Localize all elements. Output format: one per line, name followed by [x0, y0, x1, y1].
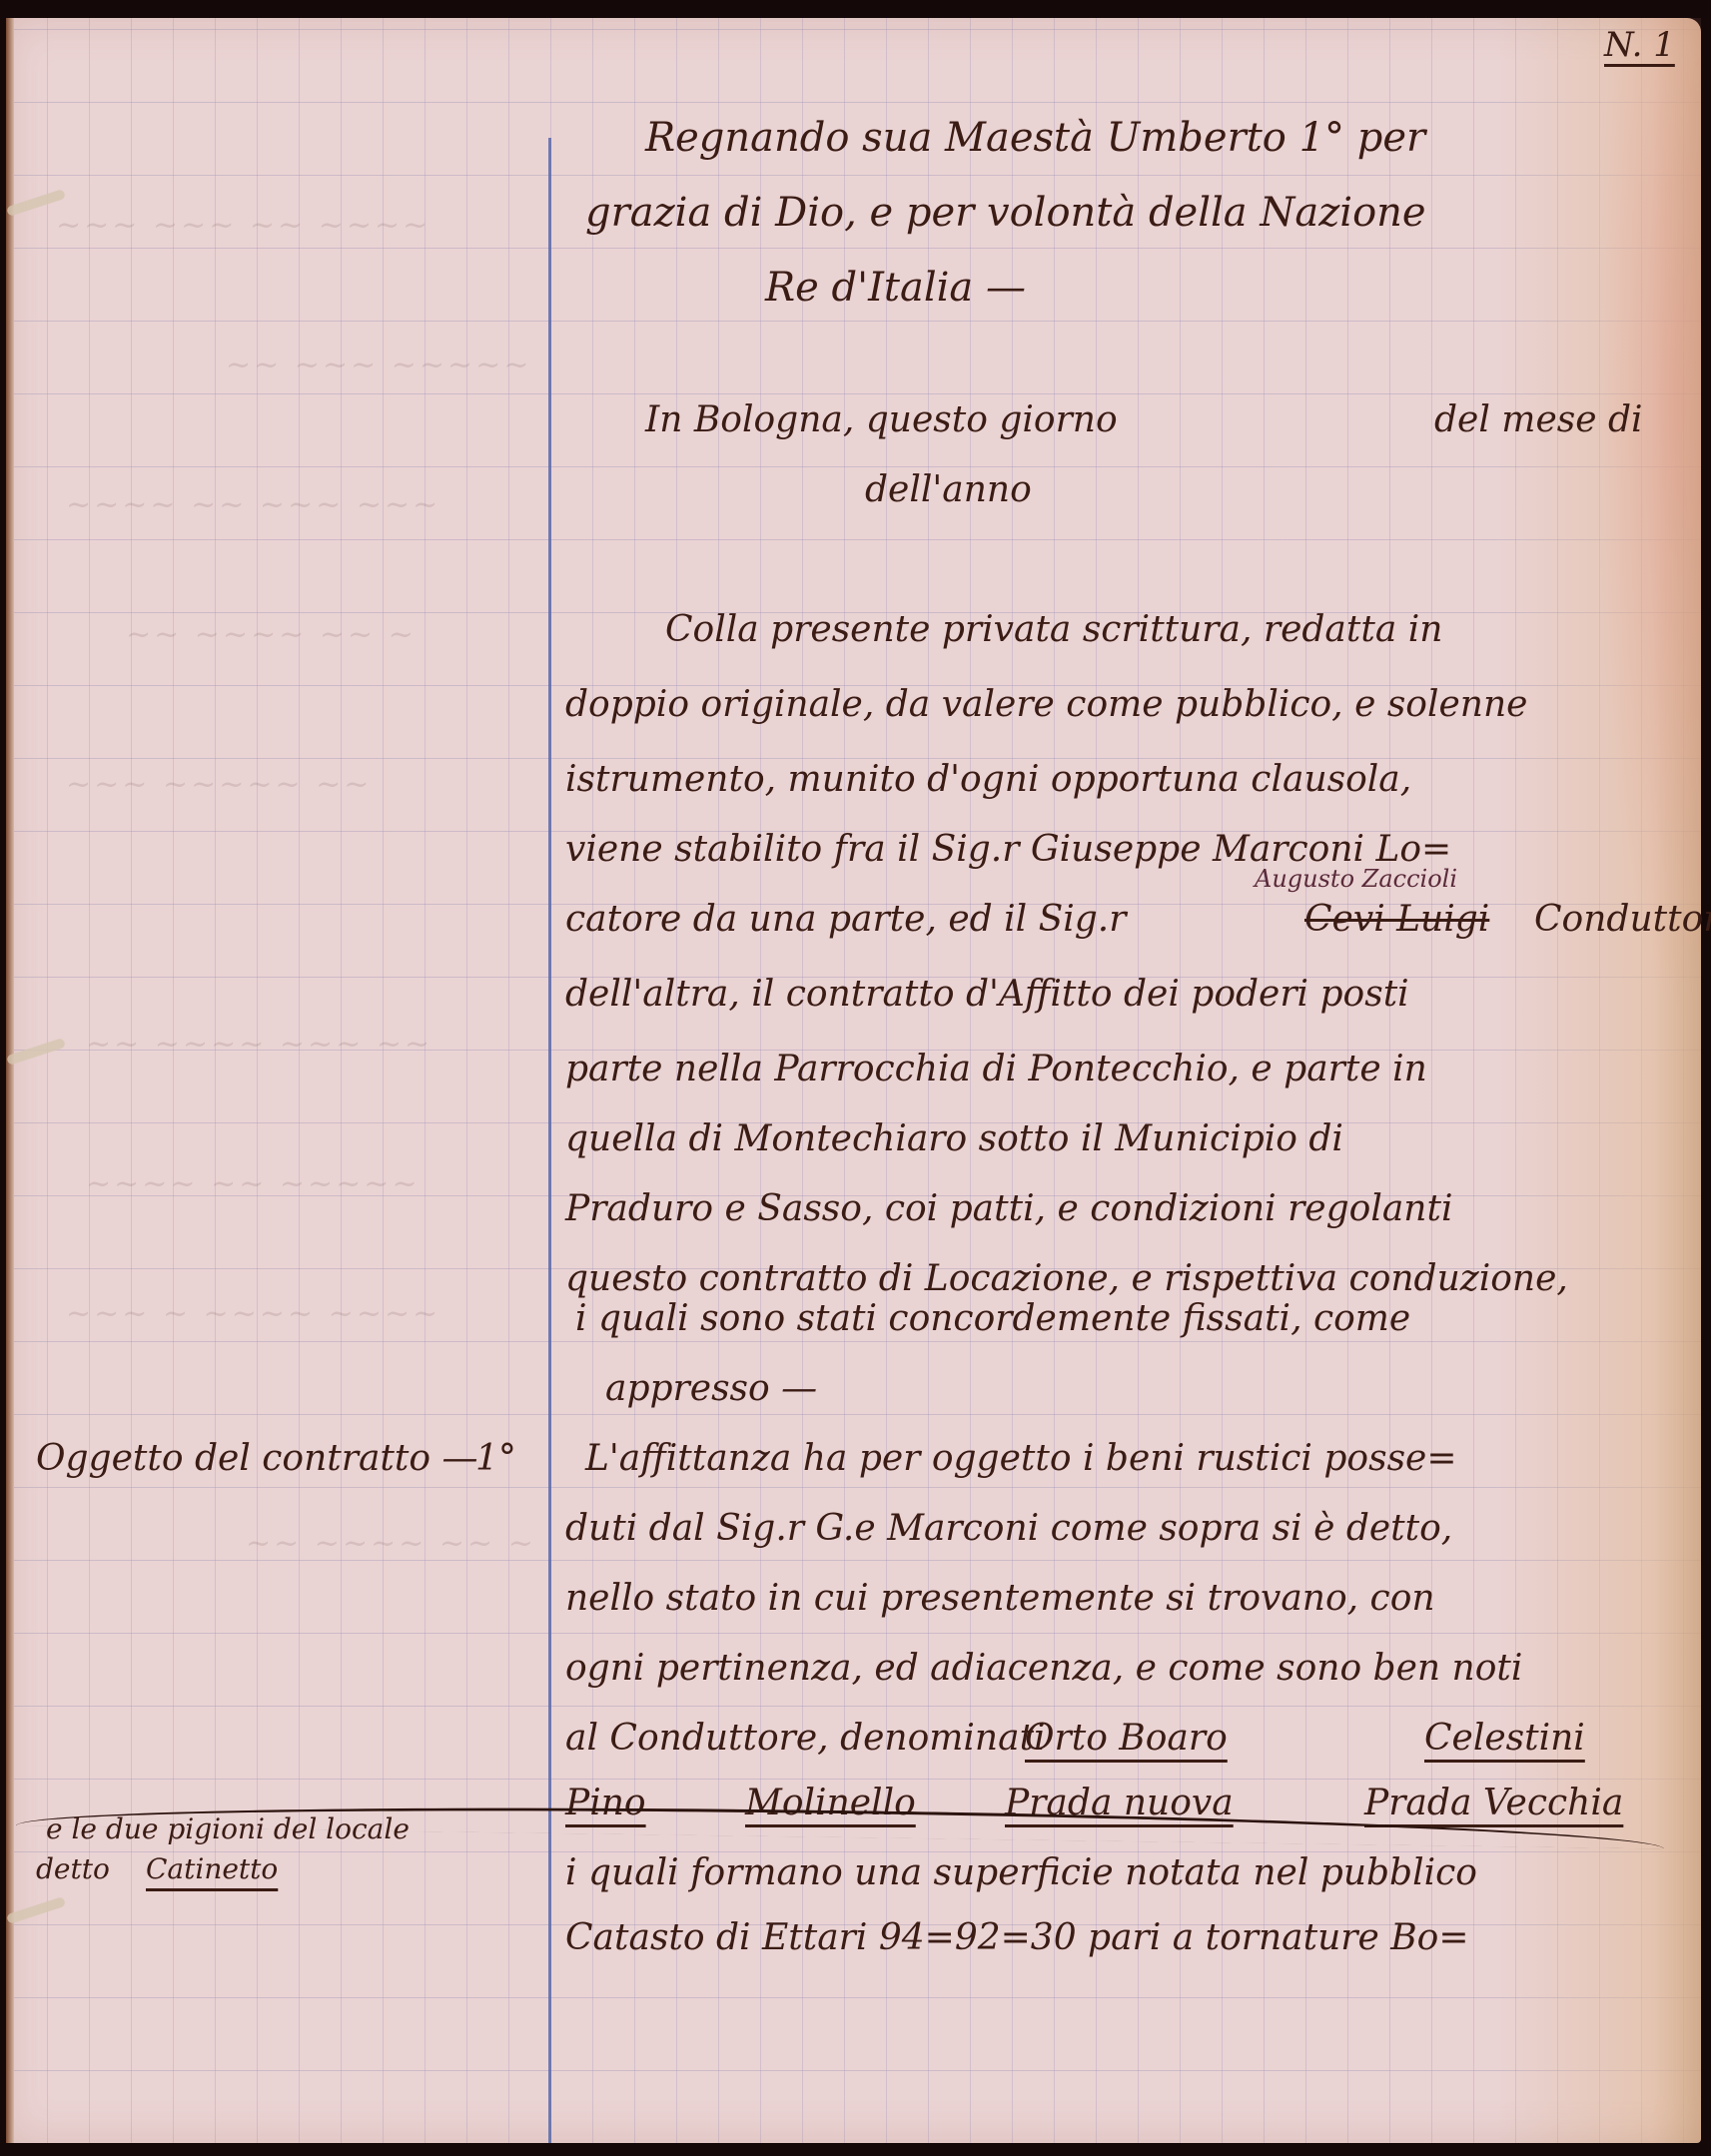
preamble-line: Colla presente privata scrittura, redatt…	[665, 612, 1442, 648]
show-through-text: ~~ ~~~~ ~~ ~	[126, 617, 417, 652]
preamble-line: doppio originale, da valere come pubblic…	[565, 687, 1527, 723]
estate-name: Celestini	[1424, 1721, 1585, 1757]
margin-insert-name: Catinetto	[146, 1855, 278, 1883]
article-line: ogni pertinenza, ed adiacenza, e come so…	[565, 1651, 1522, 1687]
estate-name: Prada Vecchia	[1364, 1786, 1623, 1821]
preamble-line: parte nella Parrocchia di Pontecchio, e …	[565, 1052, 1427, 1087]
conductor-label: Conduttore	[1534, 902, 1711, 938]
show-through-text: ~~ ~~~~ ~~ ~	[246, 1526, 536, 1561]
struck-name: Cevi Luigi	[1304, 902, 1489, 938]
article-line: L'affittanza ha per oggetto i beni rusti…	[585, 1441, 1457, 1477]
preamble-line: Praduro e Sasso, coi patti, e condizioni…	[565, 1191, 1452, 1227]
preamble-line: istrumento, munito d'ogni opportuna clau…	[565, 762, 1411, 798]
show-through-text: ~~ ~~~ ~~~~~	[226, 348, 531, 382]
article-line: nello stato in cui presentemente si trov…	[565, 1581, 1435, 1617]
preamble-line: quella di Montechiaro sotto il Municipio…	[565, 1121, 1343, 1157]
margin-insert-line-1: e le due pigioni del locale	[46, 1815, 410, 1843]
margin-rule	[548, 138, 551, 2143]
heading-line-1: Regnando sua Maestà Umberto 1° per	[645, 118, 1425, 158]
article-line: Catasto di Ettari 94=92=30 pari a tornat…	[565, 1920, 1469, 1956]
article-line: al Conduttore, denominati	[565, 1721, 1046, 1757]
show-through-text: ~~~~ ~~ ~~~~~	[86, 1166, 421, 1201]
show-through-text: ~~ ~~~~ ~~~ ~~	[86, 1027, 432, 1062]
heading-line-2: grazia di Dio, e per volontà della Nazio…	[585, 193, 1426, 233]
preamble-line: viene stabilito fra il Sig.r Giuseppe Ma…	[565, 832, 1451, 868]
margin-insert-line-2: detto	[36, 1855, 110, 1883]
page-number: N. 1	[1604, 28, 1675, 62]
inserted-correction: Augusto Zaccioli	[1255, 867, 1457, 891]
manuscript-page: ~~~ ~~~ ~~ ~~~~ ~~ ~~~ ~~~~~ ~~~~ ~~ ~~~…	[6, 18, 1701, 2143]
paper-stain	[1581, 18, 1701, 1116]
preamble-line: questo contratto di Locazione, e rispett…	[565, 1261, 1568, 1297]
dateline-place: In Bologna, questo giorno	[645, 402, 1118, 438]
show-through-text: ~~~ ~ ~~~~ ~~~~	[66, 1296, 440, 1331]
estate-name: Orto Boaro	[1025, 1721, 1228, 1757]
preamble-line: appresso —	[605, 1371, 817, 1407]
dateline-month: del mese di	[1434, 402, 1643, 438]
preamble-line: i quali sono stati concordemente fissati…	[575, 1301, 1410, 1337]
heading-line-3: Re d'Italia —	[765, 268, 1026, 308]
show-through-text: ~~~ ~~~~~ ~~	[66, 767, 372, 802]
preamble-line: catore da una parte, ed il Sig.r	[565, 902, 1126, 938]
article-line: i quali formano una superficie notata ne…	[565, 1855, 1477, 1891]
article-1-margin-label: Oggetto del contratto —	[36, 1441, 477, 1477]
binding-thread	[6, 1038, 66, 1066]
show-through-text: ~~~ ~~~ ~~ ~~~~	[56, 208, 430, 243]
binding-edge	[6, 18, 14, 2143]
preamble-line: dell'altra, il contratto d'Affitto dei p…	[565, 977, 1409, 1013]
page-number-text: N. 1	[1604, 25, 1675, 65]
dateline-year: dell'anno	[865, 472, 1032, 508]
article-line: duti dal Sig.r G.e Marconi come sopra si…	[565, 1511, 1452, 1547]
binding-thread	[6, 1896, 66, 1924]
article-1-number: 1°	[475, 1441, 516, 1477]
show-through-text: ~~~~ ~~ ~~~ ~~~	[66, 487, 440, 522]
